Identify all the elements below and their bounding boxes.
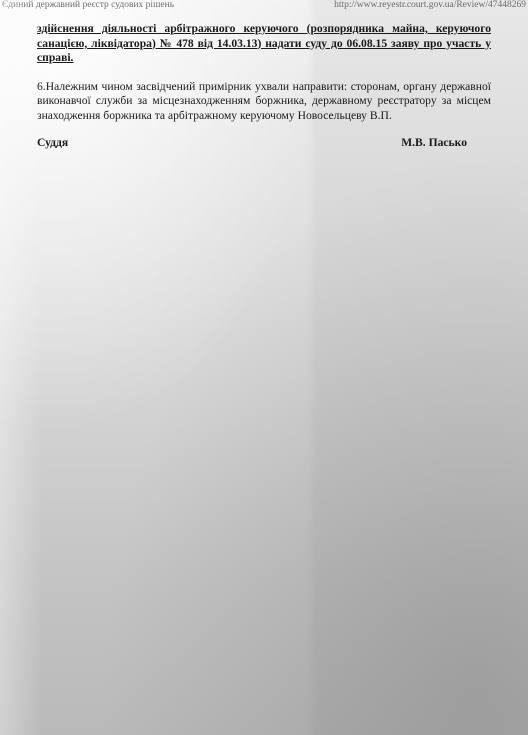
signature-name: М.В. Пасько [401, 136, 467, 151]
bold-underlined-paragraph: здійснення діяльності арбітражного керую… [37, 22, 491, 66]
registry-title: Єдиний державний реєстр судових рішень [2, 0, 174, 10]
paragraph-6: 6.Належним чином засвідчений примірник у… [37, 80, 491, 124]
document-content: здійснення діяльності арбітражного керую… [37, 22, 491, 151]
text-line: санацією, ліквідатора) № 478 від 14.03.1… [37, 37, 491, 52]
text-line: виконавчої служби за місцезнаходженням б… [37, 94, 491, 109]
document-page: Єдиний державний реєстр судових рішень h… [0, 0, 528, 735]
text-line: 6.Належним чином засвідчений примірник у… [37, 80, 491, 95]
signature-role: Суддя [37, 136, 68, 151]
text-line: знаходження боржника та арбітражному кер… [37, 109, 491, 124]
page-header: Єдиний державний реєстр судових рішень h… [2, 0, 526, 12]
text-line: здійснення діяльності арбітражного керую… [37, 22, 491, 37]
registry-url: http://www.reyestr.court.gov.ua/Review/4… [334, 0, 526, 10]
signature-block: Суддя М.В. Пасько [37, 136, 491, 151]
text-line: справі. [37, 51, 491, 66]
